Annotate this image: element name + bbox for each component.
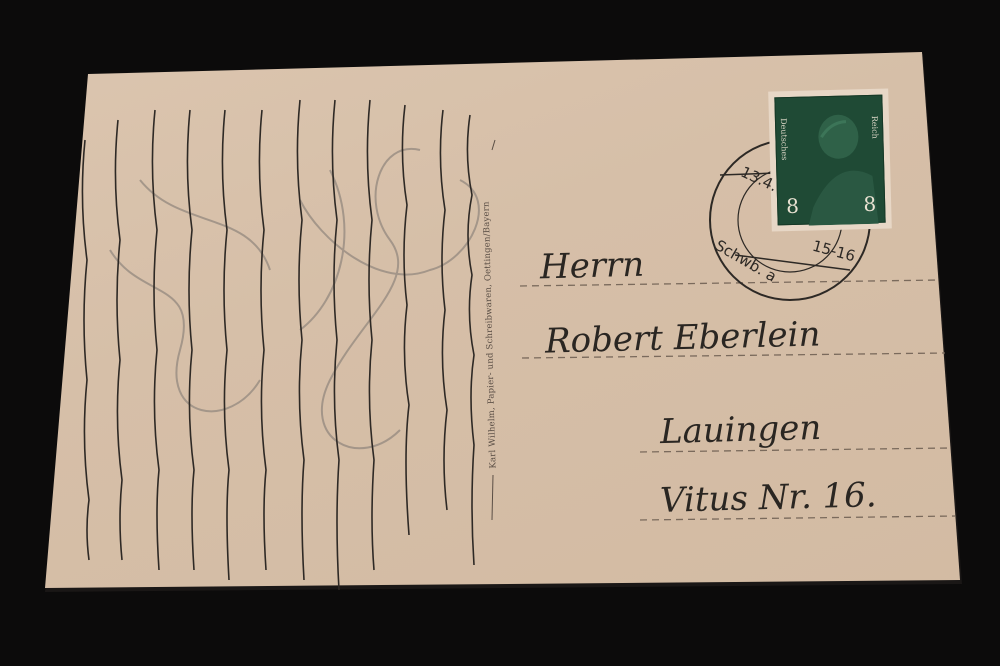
pencil-scribbles xyxy=(110,149,479,448)
address-salutation: Herrn xyxy=(539,245,644,288)
address-street: Vitus Nr. 16. xyxy=(660,475,878,521)
stamp-country-left: Deutsches xyxy=(779,118,789,160)
postage-stamp: Deutsches Reich 8 8 xyxy=(768,88,892,231)
stamp-country-right: Reich xyxy=(870,116,880,139)
handwritten-message xyxy=(82,100,474,590)
address-name: Robert Eberlein xyxy=(545,314,821,361)
address-city: Lauingen xyxy=(660,408,822,452)
stamp-value-left: 8 xyxy=(786,194,799,218)
stamp-value-right: 8 xyxy=(863,192,876,216)
